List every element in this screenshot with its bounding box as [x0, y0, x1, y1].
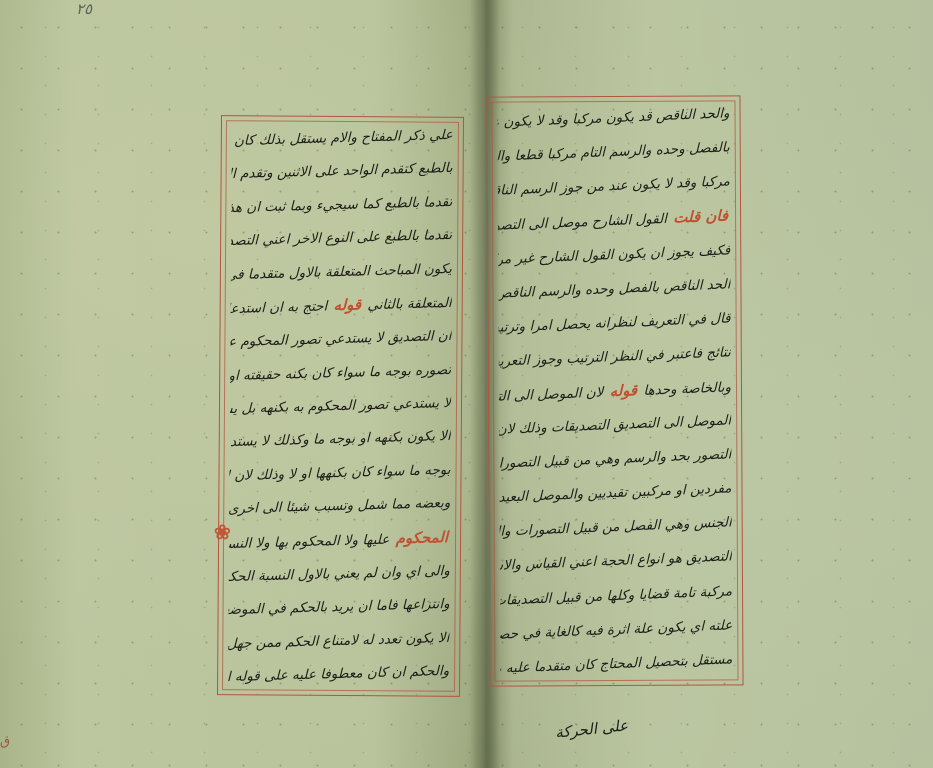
text-run: لا يستدعي تصور المحكوم به بكنهه بل يستدع…	[230, 395, 451, 418]
text-run: التصور بحد والرسم وهي من قبيل التصورات س…	[499, 447, 731, 473]
text-line: المحكوم عليها ولا المحكوم بها ولا النسبة…	[229, 527, 450, 552]
text-run: بالطبع كتقدم الواحد على الاثنين وتقدم ال…	[232, 160, 453, 183]
text-line: بالفصل وحده والرسم التام مركبا قطعا والر…	[498, 138, 730, 165]
text-run: الا يكون بكنهه او بوجه ما وكذلك لا يستدع…	[230, 428, 451, 451]
folio-number: ٢٥	[76, 0, 92, 18]
text-run: مستقل بتحصيل المحتاج كان متقدما عليه بال…	[500, 651, 732, 677]
text-run: القول الشارح موصل الى التصور بطريق النظر…	[498, 211, 671, 235]
manuscript-spread: ٢٥ ق علي ذكر المفتاح والام يستقل بذلك كا…	[0, 0, 933, 768]
text-run: نتائج فاعتبر في النظر الترتيب وجوز التعر…	[499, 344, 731, 370]
text-line: علي ذكر المفتاح والام يستقل بذلك كان متق…	[232, 126, 453, 150]
text-run: علته اي يكون علة اثرة فيه كالغاية في حصو…	[500, 617, 732, 643]
text-run: بالفصل وحده والرسم التام مركبا قطعا والر…	[498, 139, 730, 165]
text-run: الحد الناقص بالفصل وحده والرسم الناقص با…	[498, 276, 730, 302]
text-line: الا يكون بكنهه او بوجه ما وكذلك لا يستدع…	[230, 427, 451, 451]
text-line: فان قلت القول الشارح موصل الى التصور بطر…	[498, 206, 730, 234]
text-line: مفردين او مركبين تقيديين والموصل البعيد …	[500, 480, 732, 507]
text-line: نتائج فاعتبر في النظر الترتيب وجوز التعر…	[499, 343, 731, 370]
left-margin-rubric-ornament: ❀	[214, 520, 231, 544]
text-run: المتعلقة بالثاني	[363, 295, 452, 313]
text-line: الا يكون تعدد له لامتناع الحكم ممن جهل م…	[228, 629, 449, 653]
text-line: وبالخاصة وحدها قوله لان الموصل الى التصو…	[499, 377, 731, 405]
text-run: والحد الناقص قد يكون مركبا وقد لا يكون ع…	[498, 105, 730, 131]
text-run: مركبة تامة قضايا وكلها من قبيل التصديقات	[500, 583, 732, 609]
text-line: والى اي وان لم يعني بالاول النسبة الحكمي…	[229, 562, 450, 586]
text-line: التصديق هو انواع الحجة اعني القياس والاس…	[500, 548, 732, 575]
text-line: وبعضه مما شمل وتسبب شيئا الى اخرى ولا تو…	[229, 494, 450, 518]
rubric-marker: قوله	[332, 295, 364, 314]
text-run: والى اي وان لم يعني بالاول النسبة الحكمي…	[229, 563, 450, 586]
right-page-text: والحد الناقص قد يكون مركبا وقد لا يكون ع…	[496, 104, 735, 677]
right-page-frame: والحد الناقص قد يكون مركبا وقد لا يكون ع…	[486, 95, 743, 686]
paper-texture	[0, 0, 933, 768]
text-line: تقدما بالطبع على النوع الاخر اعني التصدي…	[231, 226, 452, 250]
left-page-frame: علي ذكر المفتاح والام يستقل بذلك كان متق…	[217, 115, 464, 697]
edge-mark: ق	[0, 734, 10, 749]
text-line: لا يستدعي تصور المحكوم به بكنهه بل يستدع…	[230, 394, 451, 418]
text-line: الجنس وهي الفصل من قبيل التصورات والموصل…	[500, 514, 732, 541]
text-run: وبعضه مما شمل وتسبب شيئا الى اخرى ولا تو…	[229, 495, 450, 518]
text-line: وانتزاعها فاما ان يريد بالحكم في الموضعي…	[229, 595, 450, 619]
text-line: والحكم ان كان معطوفا عليه على قوله المحك…	[228, 662, 449, 686]
rubric-marker: قوله	[608, 381, 640, 400]
text-line: بالطبع كتقدم الواحد على الاثنين وتقدم ال…	[232, 159, 453, 183]
text-run: تصوره بوجه ما سواء كان بكنه حقيقته او با…	[230, 362, 451, 385]
text-run: عليها ولا المحكوم بها ولا النسبة التي بي…	[229, 531, 394, 553]
text-line: علته اي يكون علة اثرة فيه كالغاية في حصو…	[500, 616, 732, 643]
text-line: مركبا وقد لا يكون عند من جوز الرسم الناق…	[498, 172, 730, 199]
text-run: بوجه ما سواء كان بكنهها او لا وذلك لان ا…	[229, 462, 450, 485]
text-run: لان الموصل الى التصور التصورات و	[499, 384, 608, 405]
text-line: والحد الناقص قد يكون مركبا وقد لا يكون ع…	[498, 104, 730, 131]
text-run: مركبا وقد لا يكون عند من جوز الرسم الناق…	[498, 173, 730, 199]
text-line: تصوره بوجه ما سواء كان بكنه حقيقته او با…	[230, 361, 451, 385]
text-run: الموصل الى التصديق التصديقات وذلك لان ال…	[499, 413, 731, 439]
text-line: بوجه ما سواء كان بكنهها او لا وذلك لان ا…	[229, 461, 450, 485]
text-run: يكون المباحث المتعلقة بالاول متقدما في ا…	[231, 260, 452, 283]
text-run: الجنس وهي الفصل من قبيل التصورات والموصل…	[500, 515, 732, 541]
text-line: يكون المباحث المتعلقة بالاول متقدما في ا…	[231, 259, 452, 283]
text-run: ان التصديق لا يستدعي تصور المحكوم عليه ب…	[230, 328, 451, 351]
text-line: المتعلقة بالثاني قوله احتج به ان استدعاء…	[231, 293, 452, 318]
rubric-marker: المحكوم	[394, 527, 451, 547]
text-line: ان التصديق لا يستدعي تصور المحكوم عليه ب…	[230, 327, 451, 351]
text-line: تقدما بالطبع كما سيجيء وبما ثبت ان هذا ا…	[231, 193, 452, 217]
text-run: علي ذكر المفتاح والام يستقل بذلك كان متق…	[232, 127, 453, 150]
text-line: قال في التعريف لنظرانه يحصل امرا وترتيب …	[499, 309, 731, 336]
text-line: مركبة تامة قضايا وكلها من قبيل التصديقات…	[500, 581, 732, 609]
text-line: التصور بحد والرسم وهي من قبيل التصورات س…	[499, 446, 731, 473]
text-run: وانتزاعها فاما ان يريد بالحكم في الموضعي…	[229, 596, 450, 619]
rubric-marker: فان قلت	[671, 206, 730, 226]
left-page-text: علي ذكر المفتاح والام يستقل بذلك كان متق…	[226, 124, 455, 688]
text-run: فكيف يجوز ان يكون القول الشارح غير مركب …	[498, 242, 730, 268]
text-run: وبالخاصة وحدها	[639, 379, 731, 399]
text-line: فكيف يجوز ان يكون القول الشارح غير مركب …	[498, 241, 730, 268]
text-run: والحكم ان كان معطوفا عليه على قوله المحك…	[228, 663, 449, 686]
text-run: قال في التعريف لنظرانه يحصل امرا وترتيب …	[499, 310, 731, 336]
text-run: مفردين او مركبين تقيديين والموصل البعيد …	[500, 481, 732, 507]
text-line: الموصل الى التصديق التصديقات وذلك لان ال…	[499, 412, 731, 439]
text-line: مستقل بتحصيل المحتاج كان متقدما عليه بال…	[500, 650, 732, 677]
text-run: احتج به ان استدعاء التصديق للاخرة	[231, 298, 332, 318]
text-run: التصديق هو انواع الحجة اعني القياس والاس…	[500, 549, 732, 575]
text-run: الا يكون تعدد له لامتناع الحكم ممن جهل م…	[228, 630, 449, 653]
text-run: تقدما بالطبع كما سيجيء وبما ثبت ان هذا ا…	[231, 194, 452, 217]
text-line: الحد الناقص بالفصل وحده والرسم الناقص با…	[498, 275, 730, 302]
text-run: تقدما بالطبع على النوع الاخر اعني التصدي…	[231, 227, 452, 250]
